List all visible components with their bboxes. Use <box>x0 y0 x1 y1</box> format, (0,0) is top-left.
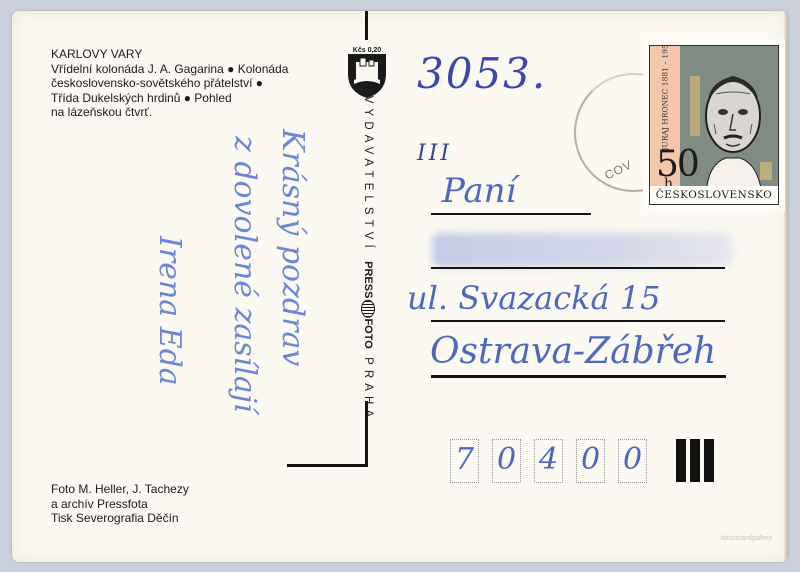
postcard-back: KARLOVY VARY Vřídelní kolonáda J. A. Gag… <box>12 11 788 562</box>
stamp-value: 50 <box>656 144 698 185</box>
address-street: ul. Svazacká 15 <box>407 279 660 317</box>
stamp-design: JURAJ HRONEC 1881 – 1959 50 h ČESKOSLOVE… <box>649 45 779 205</box>
address-title: Paní <box>442 171 516 211</box>
svg-text:Kčs 0,20: Kčs 0,20 <box>353 47 382 54</box>
castle-shield-icon: Kčs 0,20 <box>342 44 392 100</box>
credit-line: Foto M. Heller, J. Tachezy <box>51 482 189 497</box>
divider-foot <box>287 464 368 467</box>
publisher-city: PRAHA <box>362 357 374 422</box>
postcode-box: 0 <box>618 439 647 483</box>
postcode-box: 0 <box>576 439 605 483</box>
caption-line: československo-sovětského přátelství ● <box>51 76 288 91</box>
caption-line: Třída Dukelských hrdinů ● Pohled <box>51 91 288 106</box>
publisher-brand-right: FOTO <box>362 318 374 348</box>
handwritten-marks: III <box>417 141 452 166</box>
printed-caption: KARLOVY VARY Vřídelní kolonáda J. A. Gag… <box>51 47 288 120</box>
credit-line: a archív Pressfota <box>51 497 189 512</box>
stamp-country: ČESKOSLOVENSKO <box>650 186 778 204</box>
handwritten-ref-number: 3053. <box>417 49 547 98</box>
postal-bar <box>704 439 714 482</box>
postal-bar <box>676 439 686 482</box>
publisher-brand-left: PRESS <box>362 261 374 298</box>
redacted-recipient-name <box>432 233 732 267</box>
address-city: Ostrava-Zábřeh <box>430 331 716 372</box>
watermark: #postcardgallery <box>721 535 772 542</box>
publisher-imprint: VYDAVATELSTVÍ PRESSFOTO PRAHA <box>354 114 382 404</box>
address-line <box>431 320 725 322</box>
pressfoto-logo-icon <box>361 299 375 317</box>
publisher-prefix: VYDAVATELSTVÍ <box>362 96 374 253</box>
caption-line: KARLOVY VARY <box>51 47 288 62</box>
message-line: Krásný pozdrav <box>275 129 310 366</box>
address-line <box>431 267 725 269</box>
postcode-box: 4 <box>534 439 563 483</box>
credit-line: Tisk Severografia Děčín <box>51 511 189 526</box>
address-line <box>431 375 726 378</box>
address-line <box>431 213 591 215</box>
postmark-text: COV <box>602 158 634 183</box>
postal-bar <box>690 439 700 482</box>
printed-credits: Foto M. Heller, J. Tachezy a archív Pres… <box>51 482 189 526</box>
caption-line: na lázeňskou čtvrť. <box>51 105 288 120</box>
caption-line: Vřídelní kolonáda J. A. Gagarina ● Kolon… <box>51 62 288 77</box>
postcode-box: 7 <box>450 439 479 483</box>
divider-line <box>365 11 368 40</box>
message-line: z dovolené zasílají <box>227 136 262 413</box>
stamp-subject: JURAJ HRONEC 1881 – 1959 <box>653 50 677 140</box>
postcode-box: 0 <box>492 439 521 483</box>
portrait-icon <box>686 54 779 194</box>
message-line: Irena Eda <box>152 236 187 386</box>
postage-stamp: JURAJ HRONEC 1881 – 1959 50 h ČESKOSLOVE… <box>643 39 785 211</box>
